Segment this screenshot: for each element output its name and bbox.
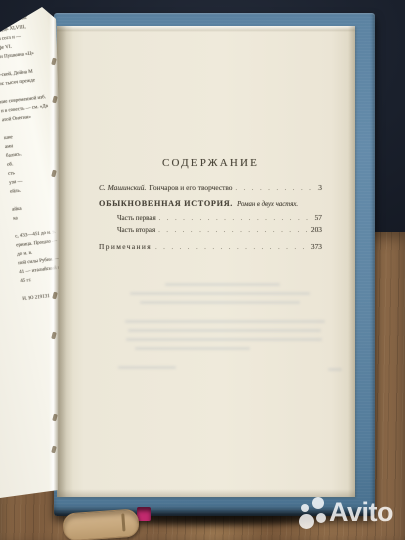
ghost-text-smudge	[130, 292, 310, 295]
gutter-shadow	[57, 26, 73, 497]
toc-entry-part-one: Часть первая . . . . . . . . . . . . . .…	[99, 214, 322, 224]
avito-watermark-text: Avito	[329, 497, 393, 528]
toc-entry-page: 373	[311, 243, 322, 252]
toc-title: СОДЕРЖАНИЕ	[99, 157, 322, 169]
bookmark-slit	[121, 513, 125, 531]
dot-leader: . . . . . . . . . . . . . . . . . . . . …	[232, 185, 318, 194]
toc-novel-title: ОБЫКНОВЕННАЯ ИСТОРИЯ.	[99, 200, 233, 209]
toc-entry-label: Часть вторая	[117, 226, 155, 235]
toc-entry-essay: С. Машинский. Гончаров и его творчество …	[99, 184, 322, 194]
toc-entry-label: Гончаров и его творчество	[149, 184, 232, 193]
dot-leader: . . . . . . . . . . . . . . . . . . . . …	[155, 227, 311, 236]
dot-leader: . . . . . . . . . . . . . . . . . . . . …	[156, 215, 315, 224]
book-photo-scene: СОДЕРЖАНИЕ С. Машинский. Гончаров и его …	[0, 0, 405, 540]
avito-logo-dot	[312, 497, 324, 509]
ghost-text-smudge	[126, 338, 322, 341]
toc-entry-label: Примечания	[99, 243, 152, 252]
ghost-text-smudge	[128, 329, 321, 332]
dot-leader: . . . . . . . . . . . . . . . . . . . . …	[152, 244, 311, 253]
ghost-text-smudge	[118, 366, 176, 369]
toc-entry-author: С. Машинский.	[99, 184, 146, 193]
toc-novel-subtitle: Роман в двух частях.	[237, 201, 298, 210]
toc-entry-page: 203	[311, 226, 322, 235]
avito-watermark: Avito	[293, 494, 405, 540]
ghost-text-smudge	[125, 320, 325, 323]
toc-entry-page: 3	[318, 184, 322, 193]
curled-previous-page: ки и офиц не тысй, грудь XLVIII,! Гл сог…	[0, 0, 59, 501]
gutter-crease	[49, 10, 59, 497]
avito-logo-dot	[316, 513, 326, 523]
pink-ribbon-fragment	[137, 507, 151, 521]
tan-bookmark-strip	[62, 508, 140, 540]
contents-page: СОДЕРЖАНИЕ С. Машинский. Гончаров и его …	[57, 26, 355, 497]
ghost-text-smudge	[165, 283, 280, 286]
toc-entry-page: 57	[315, 214, 322, 223]
toc-entry-label: Часть первая	[117, 214, 156, 223]
toc-entry-novel-header: ОБЫКНОВЕННАЯ ИСТОРИЯ. Роман в двух частя…	[99, 200, 322, 210]
toc-entry-part-two: Часть вторая . . . . . . . . . . . . . .…	[99, 226, 322, 236]
ghost-text-smudge	[328, 368, 342, 371]
ghost-text-smudge	[140, 301, 300, 304]
ghost-text-smudge	[135, 347, 250, 350]
table-of-contents: СОДЕРЖАНИЕ С. Машинский. Гончаров и его …	[99, 157, 322, 259]
avito-logo-dot	[301, 504, 309, 512]
avito-logo-dot	[299, 514, 314, 529]
toc-entry-notes: Примечания . . . . . . . . . . . . . . .…	[99, 243, 322, 253]
